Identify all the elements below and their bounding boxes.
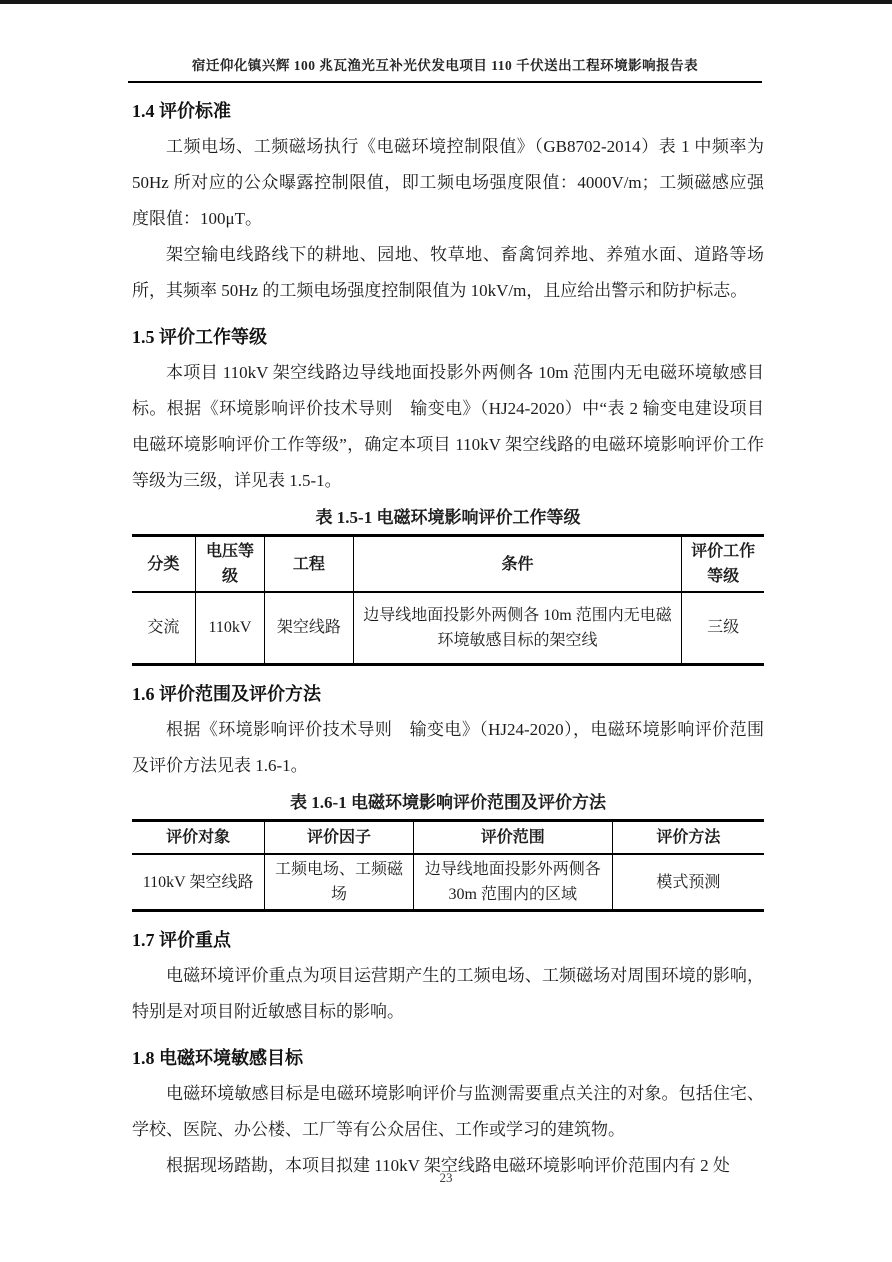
header-cell: 评价因子 [265,820,414,854]
table-1-6-1: 评价对象 评价因子 评价范围 评价方法 110kV 架空线路 工频电场、工频磁场… [132,819,764,913]
header-cell: 评价范围 [413,820,612,854]
table-1-5-1: 分类 电压等级 工程 条件 评价工作等级 交流 110kV 架空线路 边导线地面… [132,534,764,666]
table-cell: 工频电场、工频磁场 [265,854,414,911]
table-cell: 三级 [682,592,764,664]
section-heading-1-5: 1.5 评价工作等级 [132,322,764,352]
table-cell: 架空线路 [265,592,353,664]
section-heading-1-4: 1.4 评价标准 [132,96,764,126]
table-cell: 110kV 架空线路 [132,854,265,911]
page-top-edge-line [0,0,892,4]
table-cell: 边导线地面投影外两侧各 30m 范围内的区域 [413,854,612,911]
table-cell: 模式预测 [612,854,764,911]
running-header-title: 宿迁仰化镇兴辉 100 兆瓦渔光互补光伏发电项目 110 千伏送出工程环境影响报… [192,58,698,73]
table-header-row: 评价对象 评价因子 评价范围 评价方法 [132,820,764,854]
page-number: 23 [0,1170,892,1186]
document-body: 1.4 评价标准 工频电场、工频磁场执行《电磁环境控制限值》（GB8702-20… [132,96,764,1184]
section-heading-1-6: 1.6 评价范围及评价方法 [132,679,764,709]
header-cell: 评价对象 [132,820,265,854]
header-cell: 电压等级 [195,536,265,593]
table-1-5-1-caption: 表 1.5-1 电磁环境影响评价工作等级 [132,505,764,531]
table-row: 110kV 架空线路 工频电场、工频磁场 边导线地面投影外两侧各 30m 范围内… [132,854,764,911]
paragraph-1-7-1: 电磁环境评价重点为项目运营期产生的工频电场、工频磁场对周围环境的影响，特别是对项… [132,958,764,1030]
table-cell: 110kV [195,592,265,664]
header-cell: 评价工作等级 [682,536,764,593]
section-heading-1-7: 1.7 评价重点 [132,925,764,955]
paragraph-1-6-1: 根据《环境影响评价技术导则 输变电》（HJ24-2020），电磁环境影响评价范围… [132,712,764,784]
table-cell: 边导线地面投影外两侧各 10m 范围内无电磁环境敏感目标的架空线 [353,592,682,664]
table-1-6-1-caption: 表 1.6-1 电磁环境影响评价范围及评价方法 [132,790,764,816]
header-cell: 条件 [353,536,682,593]
table-cell: 交流 [132,592,195,664]
paragraph-1-8-1: 电磁环境敏感目标是电磁环境影响评价与监测需要重点关注的对象。包括住宅、学校、医院… [132,1076,764,1148]
paragraph-1-5-1: 本项目 110kV 架空线路边导线地面投影外两侧各 10m 范围内无电磁环境敏感… [132,355,764,499]
running-header: 宿迁仰化镇兴辉 100 兆瓦渔光互补光伏发电项目 110 千伏送出工程环境影响报… [128,54,762,83]
header-cell: 分类 [132,536,195,593]
table-row: 交流 110kV 架空线路 边导线地面投影外两侧各 10m 范围内无电磁环境敏感… [132,592,764,664]
section-heading-1-8: 1.8 电磁环境敏感目标 [132,1043,764,1073]
table-header-row: 分类 电压等级 工程 条件 评价工作等级 [132,536,764,593]
paragraph-1-4-1: 工频电场、工频磁场执行《电磁环境控制限值》（GB8702-2014）表 1 中频… [132,129,764,237]
header-cell: 评价方法 [612,820,764,854]
header-cell: 工程 [265,536,353,593]
paragraph-1-4-2: 架空输电线路线下的耕地、园地、牧草地、畜禽饲养地、养殖水面、道路等场所，其频率 … [132,237,764,309]
